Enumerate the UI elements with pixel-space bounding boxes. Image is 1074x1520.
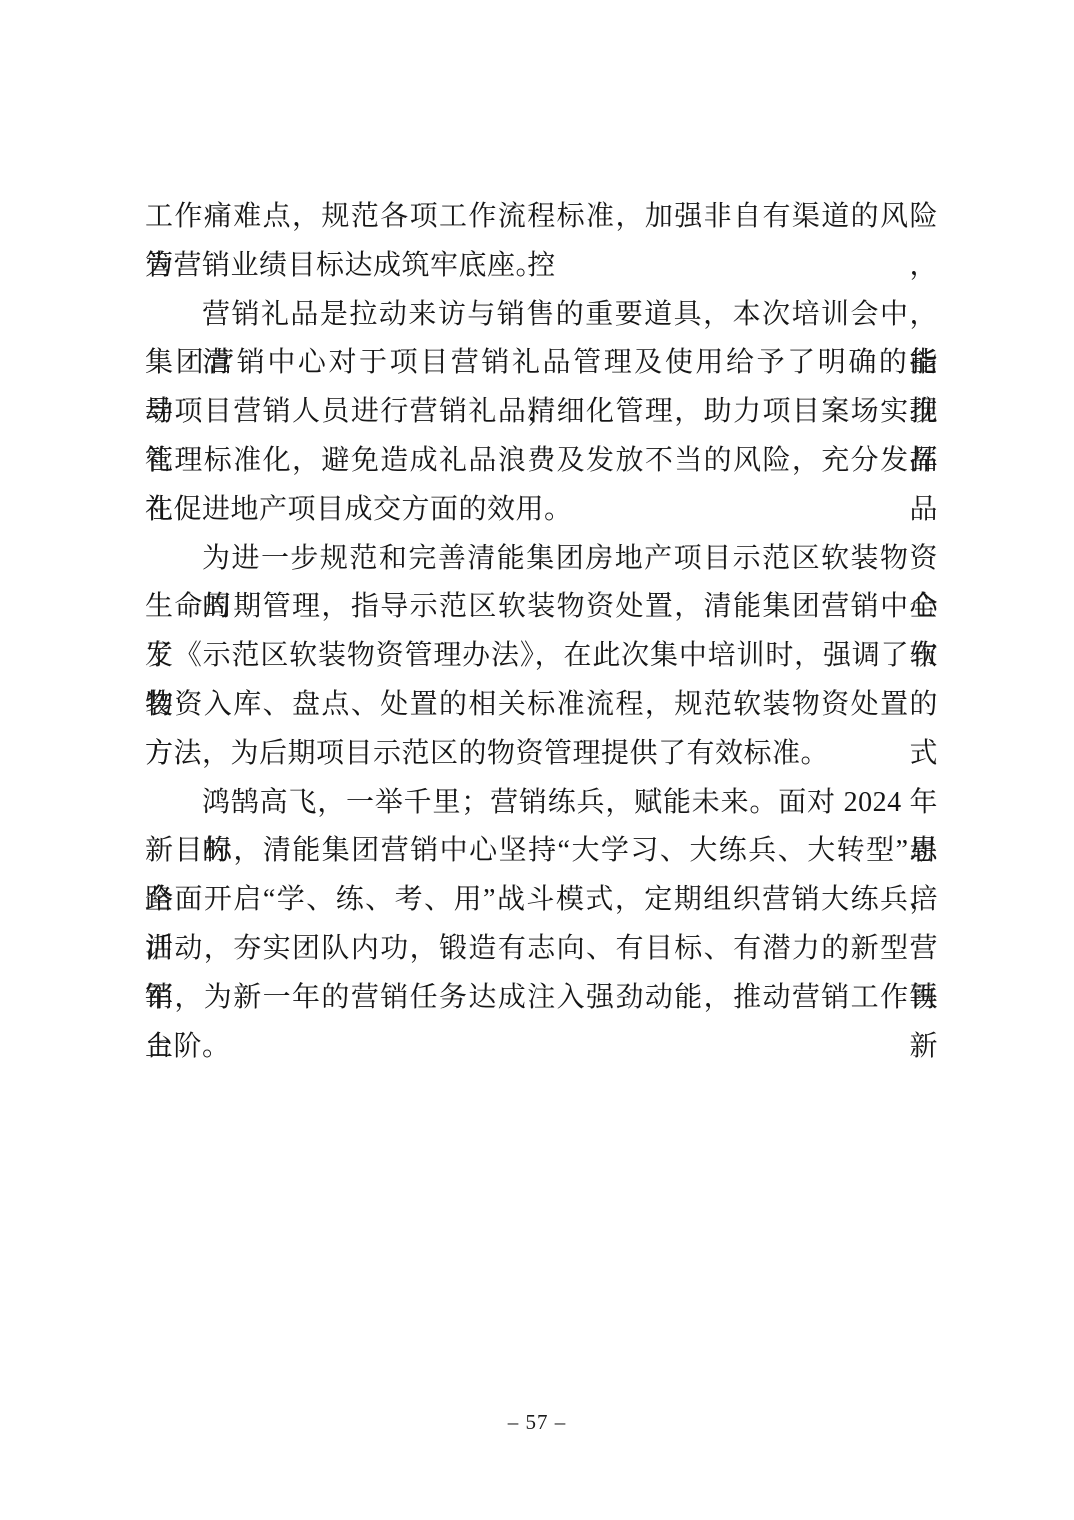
text-line: 生命周期管理，指导示范区软装物资处置，清能集团营销中心发布 <box>145 583 938 632</box>
text-line: 集团营销中心对于项目营销礼品管理及使用给予了明确的指导，推 <box>145 339 938 388</box>
text-line: 新目标，清能集团营销中心坚持“大学习、大练兵、大转型”思路， <box>145 827 938 876</box>
paragraph: 工作痛难点，规范各项工作流程标准，加强非自有渠道的风险管控， 为营销业绩目标达成… <box>145 193 938 291</box>
paragraph: 鸿鹄高飞，一举千里；营销练兵，赋能未来。面对 2024 年的崭 新目标，清能集团… <box>145 779 938 1072</box>
text-line: 动项目营销人员进行营销礼品精细化管理，助力项目案场实现礼品 <box>145 388 938 437</box>
page-number: – 57 – <box>508 1410 567 1434</box>
text-line: 方法，为后期项目示范区的物资管理提供了有效标准。 <box>145 730 938 779</box>
document-page: 工作痛难点，规范各项工作流程标准，加强非自有渠道的风险管控， 为营销业绩目标达成… <box>0 0 1074 1520</box>
text-line: 活动，夯实团队内功，锻造有志向、有目标、有潜力的新型营销铁 <box>145 925 938 974</box>
text-line: 营销礼品是拉动来访与销售的重要道具，本次培训会中，清能 <box>145 291 938 340</box>
text-line: 鸿鹄高飞，一举千里；营销练兵，赋能未来。面对 2024 年的崭 <box>145 779 938 828</box>
text-line: 军，为新一年的营销任务达成注入强劲动能，推动营销工作再上新 <box>145 974 938 1023</box>
text-line: 物资入库、盘点、处置的相关标准流程，规范软装物资处置的方式 <box>145 681 938 730</box>
page-footer: – 57 – <box>0 1410 1074 1435</box>
document-body: 工作痛难点，规范各项工作流程标准，加强非自有渠道的风险管控， 为营销业绩目标达成… <box>145 193 938 1071</box>
paragraph: 为进一步规范和完善清能集团房地产项目示范区软装物资的全 生命周期管理，指导示范区… <box>145 535 938 779</box>
text-line: 了《示范区软装物资管理办法》，在此次集中培训时，强调了软装 <box>145 632 938 681</box>
text-line: 为进一步规范和完善清能集团房地产项目示范区软装物资的全 <box>145 535 938 584</box>
text-line: 管理标准化，避免造成礼品浪费及发放不当的风险，充分发挥礼品 <box>145 437 938 486</box>
text-line: 工作痛难点，规范各项工作流程标准，加强非自有渠道的风险管控， <box>145 193 938 242</box>
paragraph: 营销礼品是拉动来访与销售的重要道具，本次培训会中，清能 集团营销中心对于项目营销… <box>145 291 938 535</box>
text-line: 全面开启“学、练、考、用”战斗模式，定期组织营销大练兵培训 <box>145 876 938 925</box>
